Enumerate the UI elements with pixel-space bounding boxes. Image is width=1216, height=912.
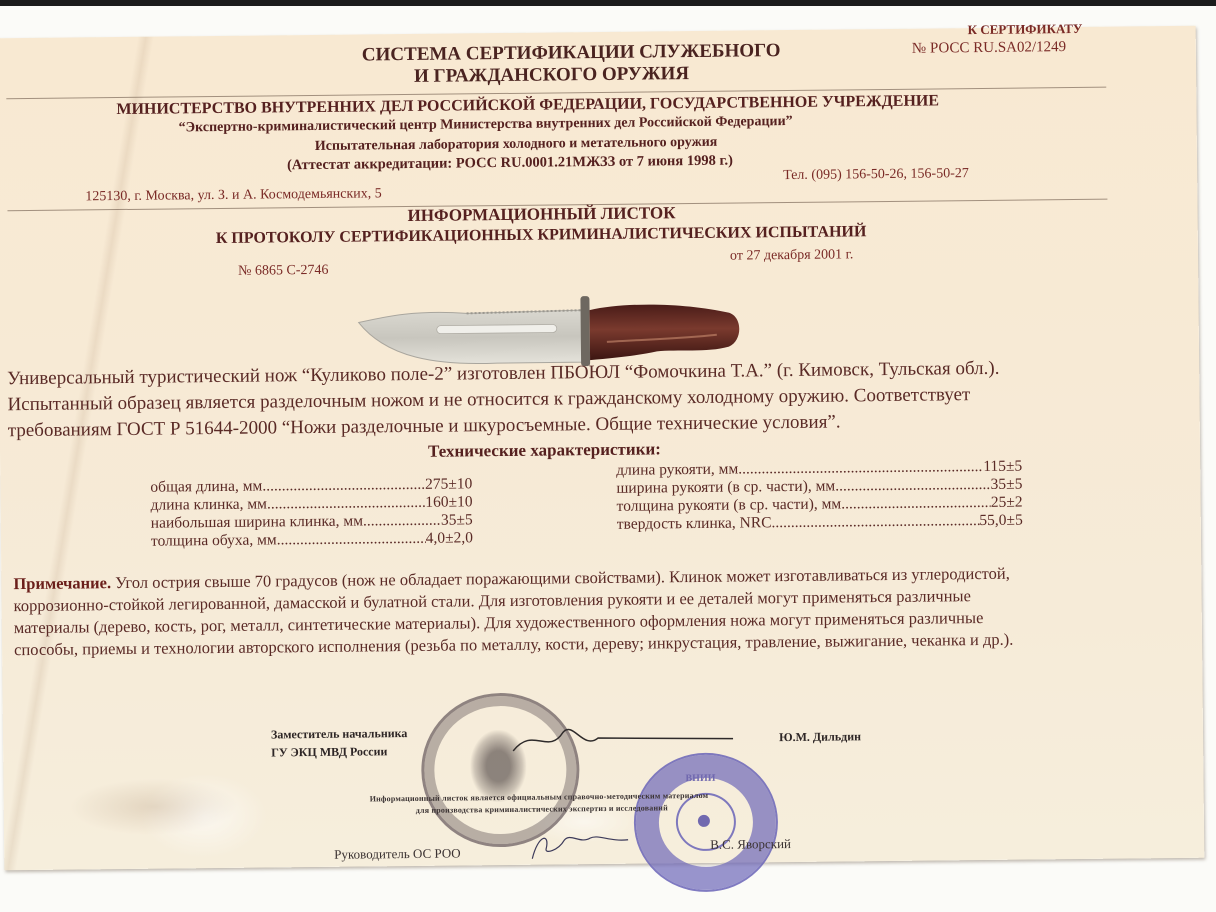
protocol-date: от 27 декабря 2001 г. — [730, 247, 853, 264]
ministry-line3: Испытательная лаборатория холодного и ме… — [315, 135, 718, 155]
cert-ref-number: № РОСС RU.SA02/1249 — [912, 39, 1066, 58]
spec-row: толщина обуха, мм4,0±2,0 — [151, 529, 473, 550]
head-title: Руководитель ОС РОО — [334, 845, 461, 862]
deputy-name: Ю.М. Дильдин — [779, 729, 861, 745]
deputy-title-line1: Заместитель начальника — [271, 726, 408, 742]
spec-row: твердость клинка, NRC55,0±5 — [617, 512, 1023, 534]
system-title-line1: СИСТЕМА СЕРТИФИКАЦИИ СЛУЖЕБНОГО — [362, 40, 781, 66]
specs-right-column: длина рукояти, мм115±5 ширина рукояти (в… — [616, 458, 1023, 534]
specs-heading: Технические характеристики: — [428, 439, 661, 461]
description-line3: требованиям ГОСТ Р 51644-2000 “Ножи разд… — [8, 411, 841, 442]
head-signature-icon — [524, 824, 634, 865]
head-name: В.С. Яворский — [710, 836, 791, 853]
knife-photo — [356, 288, 749, 372]
disclaimer-line2: для производства криминалистических эксп… — [416, 803, 668, 815]
specs-left-column: общая длина, мм275±10 длина клинка, мм16… — [150, 475, 473, 550]
protocol-number: № 6865 С-2746 — [238, 263, 329, 280]
phone: Тел. (095) 156-50-26, 156-50-27 — [783, 166, 969, 184]
cert-ref-label: К СЕРТИФИКАТУ — [968, 21, 1083, 38]
system-title-line2: И ГРАЖДАНСКОГО ОРУЖИЯ — [414, 63, 689, 88]
doc-title-line2: К ПРОТОКОЛУ СЕРТИФИКАЦИОННЫХ КРИМИНАЛИСТ… — [216, 223, 867, 248]
note-label: Примечание. — [13, 573, 111, 593]
address: 125130, г. Москва, ул. З. и А. Космодемь… — [85, 186, 382, 205]
doc-title-line1: ИНФОРМАЦИОННЫЙ ЛИСТОК — [407, 203, 675, 226]
certification-seal-icon: ВНИИ — [633, 752, 778, 893]
scan-top-edge — [0, 0, 1216, 6]
deputy-signature-icon — [503, 719, 743, 762]
accreditation-line: (Аттестат аккредитации: РОСС RU.0001.21М… — [287, 153, 733, 175]
certificate-sheet: СИСТЕМА СЕРТИФИКАЦИИ СЛУЖЕБНОГО И ГРАЖДА… — [0, 26, 1204, 871]
deputy-title-line2: ГУ ЭКЦ МВД России — [271, 744, 387, 760]
